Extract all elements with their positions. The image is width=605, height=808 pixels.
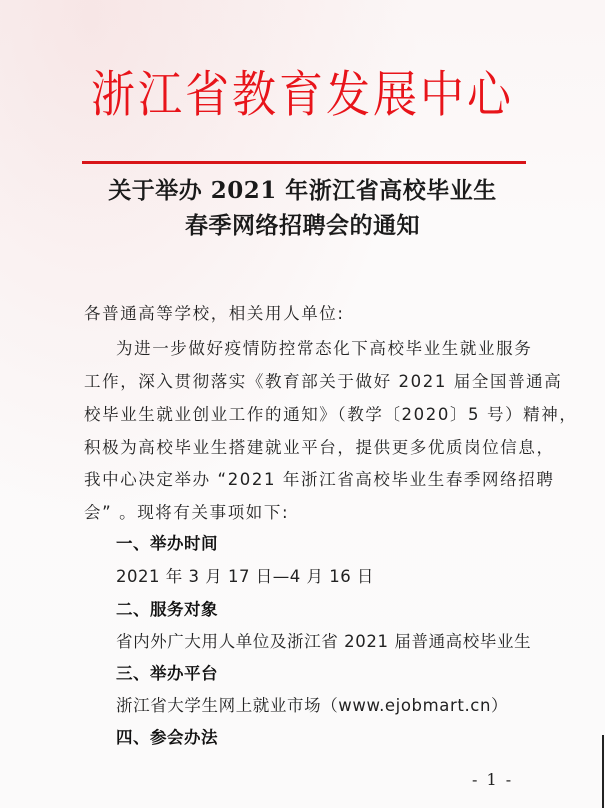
section-heading-audience: 二、服务对象 xyxy=(116,596,546,620)
paragraph-line: 工作，深入贯彻落实《教育部关于做好 2021 届全国普通高 xyxy=(84,368,514,392)
letterhead-organization: 浙江省教育发展中心 xyxy=(0,62,605,129)
section-content-time: 2021 年 3 月 17 日—4 月 16 日 xyxy=(116,563,546,587)
salutation: 各普通高等学校，相关用人单位: xyxy=(84,300,514,324)
section-heading-platform: 三、举办平台 xyxy=(116,660,546,684)
section-content-platform: 浙江省大学生网上就业市场（www.ejobmart.cn） xyxy=(116,692,546,716)
paragraph-line: 校毕业生就业创业工作的通知》（教学〔2020〕5 号）精神， xyxy=(84,401,514,425)
paragraph-line: 我中心决定举办 “2021 年浙江省高校毕业生春季网络招聘 xyxy=(84,466,514,490)
page-number: - 1 - xyxy=(472,770,513,789)
letterhead-red-rule xyxy=(82,161,526,164)
document-title-line-2: 春季网络招聘会的通知 xyxy=(0,207,605,240)
paragraph-line: 会” 。现将有关事项如下: xyxy=(84,499,514,523)
section-heading-participation: 四、参会办法 xyxy=(116,724,546,748)
document-title-line-1: 关于举办 2021 年浙江省高校毕业生 xyxy=(0,172,605,205)
paragraph-line: 积极为高校毕业生搭建就业平台，提供更多优质岗位信息， xyxy=(84,434,514,458)
section-content-audience: 省内外广大用人单位及浙江省 2021 届普通高校毕业生 xyxy=(116,628,546,652)
document-page: 浙江省教育发展中心 关于举办 2021 年浙江省高校毕业生 春季网络招聘会的通知… xyxy=(0,0,605,808)
paragraph-line: 为进一步做好疫情防控常态化下高校毕业生就业服务 xyxy=(116,335,546,359)
section-heading-time: 一、举办时间 xyxy=(116,530,546,554)
scan-edge xyxy=(602,735,604,808)
